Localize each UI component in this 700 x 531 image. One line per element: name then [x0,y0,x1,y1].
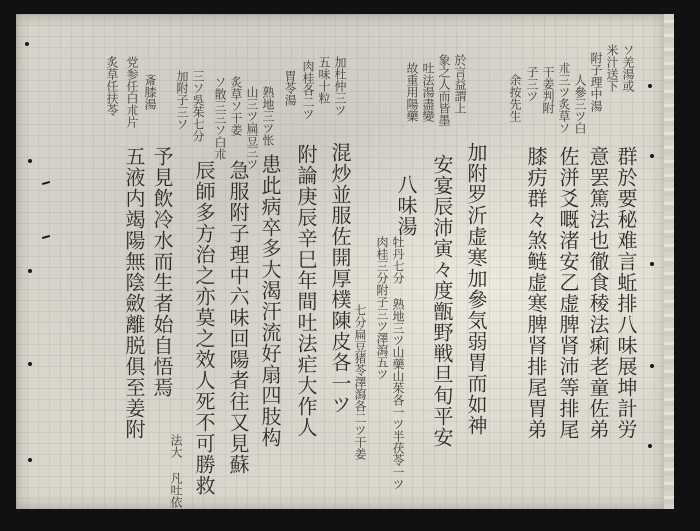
text-column: 急服附子理中六味回陽者往又見蘇 [228,160,248,475]
text-column: 群於要秘难言蚯排八味展坤計労 [616,146,636,440]
binding-hole [648,444,652,448]
binding-hole [648,84,652,88]
text-column: 故重用陽藥 [406,62,418,122]
text-column: 炙草ソ干姜 [230,76,242,136]
text-column: 象之人而皆墨 [438,54,450,126]
text-column: 加杜仲三ツ [334,56,346,116]
text-column: ソ散三三ソ白朮 [214,76,226,160]
text-column: 患此病卒多大渴汗流好扇四肢构 [260,154,280,448]
binding-hole [28,269,32,273]
manuscript-page: ソ羌湯或 米汁送下 群於要秘难言蚯排八味展坤計労 附子理中湯 人參三ツ白 意罢篤… [16,14,666,509]
binding-hole [25,42,29,46]
text-column: 八味湯 [396,174,416,237]
text-column: 肉桂三分附子三ツ澤瀉五ツ [376,236,388,380]
binding-hole [28,362,32,366]
text-column: 五液内竭陽無陰斂離脱俱至姜附 [124,146,144,440]
text-column: 山三ツ扁豆三ツ [246,86,258,170]
ink-mark [42,181,50,185]
binding-hole [28,458,32,462]
text-column: 熟地三ツ怅 [262,86,274,146]
text-column: 辰師多方治之亦莫之效人死不可勝救 [194,160,214,496]
text-column: 子三ツ [526,66,538,102]
text-column: 牡丹七分 熟地三ツ山藥山茱各一ツ半茯苓一ツ [392,236,404,490]
text-column: 三ソ吳茱七分 [192,70,204,142]
text-column: 米汁送下 [606,44,618,92]
text-column: 法大 凡吐依 [170,434,182,508]
text-column: 吐法湯盡變 [422,62,434,122]
text-column: 炙草任扶苓 [106,56,118,116]
text-column: 朮三ツ炙草ソ [558,62,570,134]
text-column: 予見飲冷水而生者始自悟焉 [152,146,172,398]
ink-mark [42,235,50,239]
text-column: 七分扁豆猪苓澤瀉各二ツ干姜 [354,304,366,460]
text-column: ソ羌湯或 [622,44,634,92]
text-column: 余按先生 [509,74,521,122]
text-column: 於言益謂上 [454,54,466,114]
text-column: 胃苓湯 [284,70,296,106]
text-column: 干姜判附 [542,66,554,114]
binding-hole [650,262,654,266]
text-column: 人參三ツ白 [574,74,586,134]
text-column: 加附罗沂虚寒加參気弱胃而如神 [466,142,486,436]
text-column: 安宴辰沛寅々度甑野戦旦旬平安 [432,154,452,448]
text-column: 意罢篤法也徹食稜法痢老童佐弟 [588,146,608,440]
text-column: 五味十粒 [318,56,330,104]
text-column: 佐洴爻嘅渚安乙虚脾肾沛等排尾 [558,146,578,440]
text-column: 混炒並服佐開厚樸陳皮各一ツ [330,142,350,415]
text-column: 附論庚辰辛巳年間吐法疟大作人 [296,144,316,438]
binding-hole [650,364,654,368]
text-column: 党参任白朮片 [126,56,138,128]
text-column: 肉桂各二ツ [302,60,314,120]
text-column: 斎膝湯 [144,74,156,110]
text-column: 加附子三ソ [176,70,188,130]
binding-hole [28,159,32,163]
binding-hole [650,154,654,158]
text-column: 附子理中湯 [590,52,602,112]
text-column: 膝疠群々煞鲢虚寒脾肾排尾胃弟 [526,146,546,440]
